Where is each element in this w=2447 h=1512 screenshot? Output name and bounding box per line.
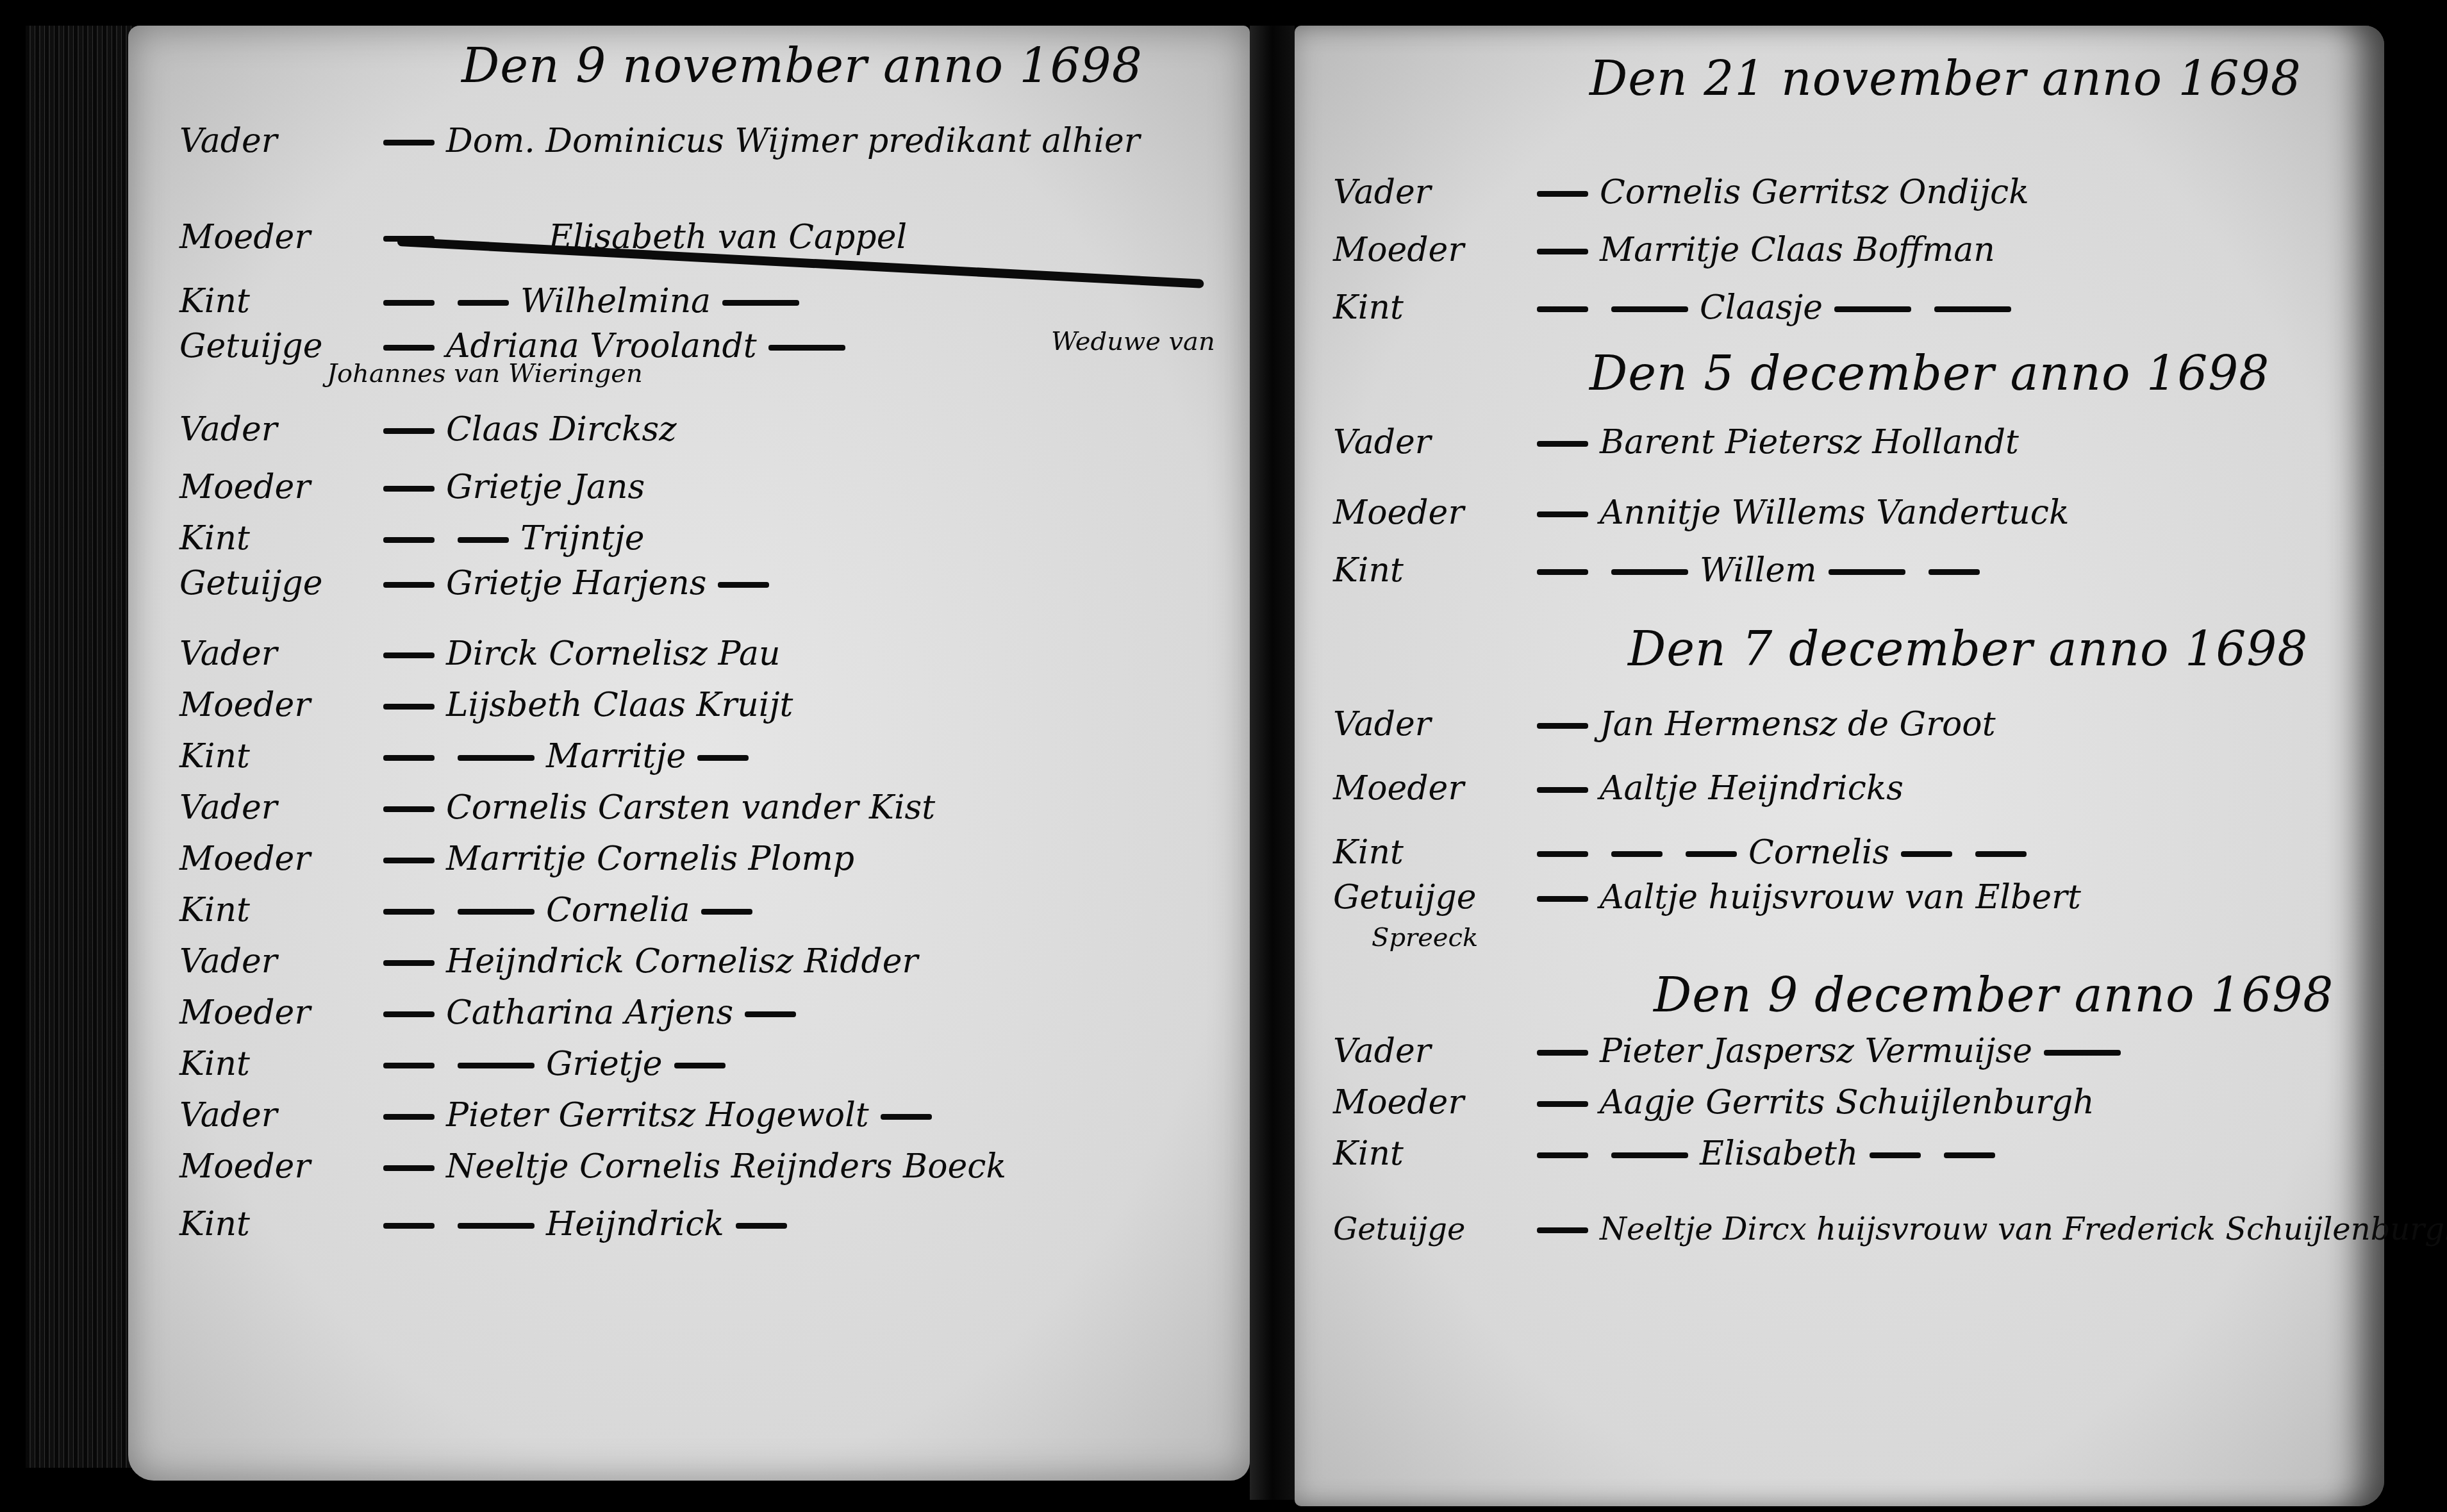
register-line: Moeder Marritje Claas Boffman bbox=[1333, 231, 1995, 269]
register-line: Kint Marritje bbox=[179, 737, 760, 776]
register-line: Vader Dom. Dominicus Wijmer predikant al… bbox=[179, 122, 1140, 160]
child-name: Cornelia bbox=[546, 891, 690, 929]
role-label: Moeder bbox=[1333, 769, 1525, 808]
register-line: Vader Cornelis Gerritsz Ondijck bbox=[1333, 173, 2029, 212]
register-line: Getuijge Aaltje huijsvrouw van Elbert bbox=[1333, 878, 2081, 917]
role-label: Kint bbox=[179, 282, 372, 320]
book-gutter bbox=[1250, 26, 1295, 1500]
date-heading: Den 5 december anno 1698 bbox=[1589, 346, 2269, 401]
role-label: Kint bbox=[1333, 833, 1525, 872]
register-line: Moeder Grietje Jans bbox=[179, 468, 645, 506]
father-name: Pieter Gerritsz Hogewolt bbox=[446, 1096, 869, 1134]
mother-name: Marritje Claas Boffman bbox=[1600, 231, 1995, 269]
role-label: Moeder bbox=[179, 218, 372, 256]
date-heading: Den 9 december anno 1698 bbox=[1654, 968, 2334, 1023]
mother-name: Aaltje Heijndricks bbox=[1600, 769, 1904, 808]
register-line: Vader Cornelis Carsten vander Kist bbox=[179, 788, 935, 827]
role-label: Moeder bbox=[179, 840, 372, 878]
register-line: Kint Cornelis bbox=[1333, 833, 2038, 872]
register-line: Getuijge Neeltje Dircx huijsvrouw van Fr… bbox=[1333, 1211, 2447, 1247]
child-name: Marritje bbox=[546, 737, 686, 776]
role-label: Vader bbox=[179, 635, 372, 673]
father-name: Cornelis Gerritsz Ondijck bbox=[1600, 173, 2029, 212]
role-label: Getuijge bbox=[1333, 1211, 1525, 1247]
left-page: Den 9 november anno 1698 Vader Dom. Domi… bbox=[128, 26, 1250, 1481]
role-label: Moeder bbox=[179, 468, 372, 506]
role-label: Vader bbox=[179, 410, 372, 449]
role-label: Vader bbox=[179, 788, 372, 827]
child-name: Willem bbox=[1700, 551, 1817, 590]
book-spread: Den 9 november anno 1698 Vader Dom. Domi… bbox=[0, 0, 2447, 1512]
father-name: Heijndrick Cornelisz Ridder bbox=[446, 942, 918, 981]
child-name: Wilhelmina bbox=[520, 282, 711, 320]
register-line: Vader Barent Pietersz Hollandt bbox=[1333, 423, 2019, 461]
witness-name: Neeltje Dircx huijsvrouw van Frederick S… bbox=[1600, 1211, 2447, 1247]
father-name: Barent Pietersz Hollandt bbox=[1600, 423, 2019, 461]
register-line: Kint Cornelia bbox=[179, 891, 764, 929]
date-heading: Den 21 november anno 1698 bbox=[1589, 51, 2302, 106]
register-line: Kint Heijndrick bbox=[179, 1205, 799, 1243]
mother-name: Marritje Cornelis Plomp bbox=[446, 840, 854, 878]
role-label: Kint bbox=[179, 519, 372, 558]
role-label: Getuijge bbox=[1333, 878, 1525, 917]
role-label: Vader bbox=[1333, 173, 1525, 212]
register-line: Kint Claasje bbox=[1333, 288, 2023, 327]
date-heading: Den 7 december anno 1698 bbox=[1628, 622, 2308, 677]
interlinear-note: Johannes van Wieringen bbox=[327, 359, 643, 388]
role-label: Vader bbox=[1333, 423, 1525, 461]
page-stack-edge bbox=[26, 26, 135, 1468]
child-name: Cornelis bbox=[1748, 833, 1889, 872]
mother-name: Neeltje Cornelis Reijnders Boeck bbox=[446, 1147, 1006, 1186]
register-line: Kint Wilhelmina bbox=[179, 282, 811, 320]
role-label: Kint bbox=[1333, 1134, 1525, 1173]
register-line: Moeder Lijsbeth Claas Kruijt bbox=[179, 686, 793, 724]
role-label: Kint bbox=[179, 1045, 372, 1083]
register-line: Moeder Marritje Cornelis Plomp bbox=[179, 840, 854, 878]
role-label: Kint bbox=[1333, 551, 1525, 590]
role-label: Kint bbox=[1333, 288, 1525, 327]
role-label: Vader bbox=[1333, 1032, 1525, 1070]
father-name: Dirck Cornelisz Pau bbox=[446, 635, 781, 673]
child-name: Trijntje bbox=[520, 519, 645, 558]
child-name: Grietje bbox=[546, 1045, 663, 1083]
register-line: Vader Pieter Gerritsz Hogewolt bbox=[179, 1096, 943, 1134]
register-line: Moeder Annitje Willems Vandertuck bbox=[1333, 494, 2069, 532]
register-line: Moeder Aaltje Heijndricks bbox=[1333, 769, 1904, 808]
father-name: Dom. Dominicus Wijmer predikant alhier bbox=[446, 122, 1140, 160]
witness-name: Aaltje huijsvrouw van Elbert bbox=[1600, 878, 2081, 917]
register-line: Vader Claas Dircksz bbox=[179, 410, 677, 449]
mother-name: Annitje Willems Vandertuck bbox=[1600, 494, 2069, 532]
role-label: Moeder bbox=[1333, 1083, 1525, 1122]
role-label: Kint bbox=[179, 891, 372, 929]
role-label: Vader bbox=[179, 942, 372, 981]
child-name: Claasje bbox=[1700, 288, 1823, 327]
father-name: Jan Hermensz de Groot bbox=[1600, 705, 1996, 744]
register-line: Moeder Catharina Arjens bbox=[179, 993, 808, 1032]
role-label: Kint bbox=[179, 1205, 372, 1243]
father-name: Claas Dircksz bbox=[446, 410, 677, 449]
role-label: Moeder bbox=[179, 686, 372, 724]
role-label: Vader bbox=[179, 122, 372, 160]
right-page: Den 21 november anno 1698 Vader Cornelis… bbox=[1295, 26, 2384, 1506]
margin-note: Weduwe van bbox=[1051, 327, 1215, 356]
role-label: Moeder bbox=[1333, 494, 1525, 532]
register-line: Vader Pieter Jaspersz Vermuijse bbox=[1333, 1032, 2132, 1070]
register-line: Moeder Aagje Gerrits Schuijlenburgh bbox=[1333, 1083, 2094, 1122]
role-label: Kint bbox=[179, 737, 372, 776]
register-line: Getuijge Grietje Harjens bbox=[179, 564, 781, 602]
register-line: Kint Willem bbox=[1333, 551, 1991, 590]
register-line: Kint Grietje bbox=[179, 1045, 737, 1083]
date-heading: Den 9 november anno 1698 bbox=[461, 38, 1143, 94]
register-line: Kint Elisabeth bbox=[1333, 1134, 2007, 1173]
father-name: Pieter Jaspersz Vermuijse bbox=[1600, 1032, 2032, 1070]
register-line: Kint Trijntje bbox=[179, 519, 645, 558]
role-label: Moeder bbox=[179, 993, 372, 1032]
register-line: Vader Jan Hermensz de Groot bbox=[1333, 705, 1996, 744]
correction-note: Spreeck bbox=[1372, 923, 1478, 952]
mother-name: Aagje Gerrits Schuijlenburgh bbox=[1600, 1083, 2094, 1122]
witness-name: Grietje Harjens bbox=[446, 564, 706, 602]
register-line: Vader Dirck Cornelisz Pau bbox=[179, 635, 781, 673]
role-label: Moeder bbox=[1333, 231, 1525, 269]
register-line: Moeder Neeltje Cornelis Reijnders Boeck bbox=[179, 1147, 1006, 1186]
role-label: Vader bbox=[1333, 705, 1525, 744]
register-line: Vader Heijndrick Cornelisz Ridder bbox=[179, 942, 918, 981]
child-name: Elisabeth bbox=[1700, 1134, 1858, 1173]
role-label: Getuijge bbox=[179, 564, 372, 602]
child-name: Heijndrick bbox=[546, 1205, 724, 1243]
mother-name: Lijsbeth Claas Kruijt bbox=[446, 686, 793, 724]
role-label: Vader bbox=[179, 1096, 372, 1134]
mother-name: Grietje Jans bbox=[446, 468, 645, 506]
father-name: Cornelis Carsten vander Kist bbox=[446, 788, 935, 827]
role-label: Moeder bbox=[179, 1147, 372, 1186]
mother-name: Catharina Arjens bbox=[446, 993, 733, 1032]
